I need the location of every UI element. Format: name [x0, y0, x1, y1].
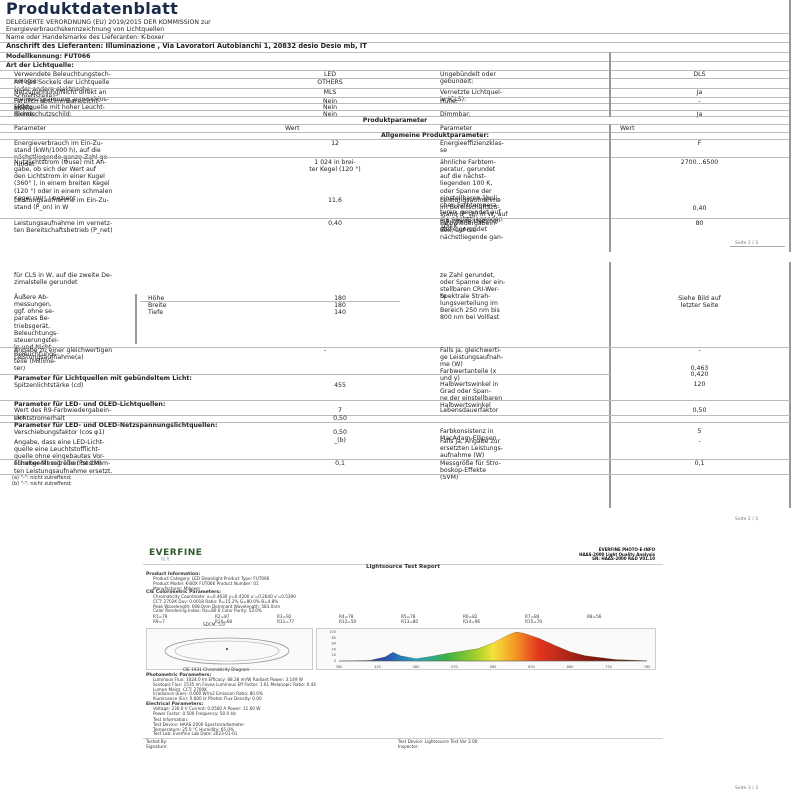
equiv-value-2: - [612, 347, 787, 354]
general-param-value-2: F [612, 140, 787, 147]
general-param-label: Leistungsaufnahme im Ein-Zu- stand (P_on… [14, 197, 264, 211]
svg-text:730: 730 [605, 665, 612, 669]
svg-text:680: 680 [567, 665, 574, 669]
replace-label-2: Falls ja, Angabe zur ersetzten Leistungs… [440, 438, 503, 459]
r-value: R15=70 [525, 620, 542, 625]
page-3: EVERFINE 远方 EVERFINE PHOTO-E-INFO HAAS-2… [0, 524, 795, 795]
beam-value: 120 [612, 381, 787, 388]
general-param-value: 12 [275, 140, 395, 147]
brand-logo-sub: 远方 [161, 557, 171, 562]
light-type-value: OTHERS [300, 79, 360, 86]
r-value: R13=80 [401, 620, 418, 625]
electrical-params: Voltage: 230.0 V Current: 0.0500 A Power… [153, 707, 260, 717]
replace-value-2: - [612, 438, 787, 445]
page-1: Produktdatenblatt DELEGIERTE VERORDNUNG … [0, 0, 795, 262]
equiv-label: Angabe zu einer gleichwertigen Leistungs… [14, 347, 112, 361]
svg-text:530: 530 [451, 665, 458, 669]
pf-label: Verschiebungsfaktor (cos φ1) [14, 429, 105, 436]
stroboscopic-label: Messgröße für Stro- boskop-Effekte (SVM) [440, 460, 501, 481]
svg-text:780: 780 [644, 665, 651, 669]
report-title: Lightsource Test Report [143, 564, 663, 570]
regulation-text: DELEGIERTE VERORDNUNG (EU) 2019/2015 DER… [6, 19, 526, 33]
equiv-label-2: Falls ja, gleichwerti- ge Leistungsaufna… [440, 347, 503, 368]
chromaticity-chart [146, 628, 313, 670]
model-id: Modellkennung: FUT066 [6, 53, 91, 60]
chroma-y: 0,420 [612, 371, 787, 378]
light-type-value: MLS [300, 89, 360, 96]
svg-text:630: 630 [528, 665, 535, 669]
pf-value: 0,50 [320, 429, 360, 436]
survival-value: 0,50 [612, 407, 787, 414]
equiv-value: - [300, 347, 350, 354]
spectral-value: Siehe Bild auf letzter Seite [612, 295, 787, 309]
page-footer: Seite 1 / 3 [735, 241, 758, 246]
dimension-value: 140 [320, 309, 360, 316]
general-param-value: 0,40 [275, 220, 395, 227]
photometric-params: Luminous Flux: 1024.0 lm Efficacy: 88.28… [153, 678, 316, 702]
light-type-value-2: - [612, 98, 787, 105]
flicker-value: 0,1 [320, 460, 360, 467]
replace-value: _(b) [320, 437, 360, 444]
cie-params: Chromaticity Coordinate: x=0.4630 y=0.42… [153, 595, 296, 614]
spectral-label: Spektrale Strah- lungsverteilung im Bere… [440, 293, 610, 322]
general-param-value: 11,6 [275, 197, 395, 204]
light-type-heading: Art der Lichtquelle: [6, 62, 74, 69]
general-param-value-2: 80 [612, 220, 787, 227]
dimension-label: Tiefe [148, 309, 163, 316]
test-report: EVERFINE 远方 EVERFINE PHOTO-E-INFO HAAS-2… [143, 544, 663, 764]
report-id: EVERFINE PHOTO-E-INFO HAAS-2000 Light Qu… [579, 548, 655, 562]
color-consistency-value: 5 [612, 428, 787, 435]
general-param-value-2: 0,40 [612, 205, 787, 212]
r-value: R9=7 [153, 620, 165, 625]
general-param-label-2: Energieeffizienzklas- se [440, 140, 610, 154]
svg-text:20: 20 [332, 653, 336, 657]
svg-text:0: 0 [334, 659, 336, 663]
general-param-label-2: Farbwiedergabein- dex, auf die nächstlie… [440, 220, 610, 241]
svg-text:480: 480 [413, 665, 420, 669]
test-info: Test Information: Test Device: HAAS-2000… [153, 718, 244, 737]
page-2: für CLS in W, auf die zweite De- zimalst… [0, 262, 795, 524]
r9-value: 7 [320, 407, 360, 414]
spectrum-chart: 380430480530580630680730780020406080100 [316, 628, 656, 670]
light-type-value-2: Ja [612, 89, 787, 96]
r-value: R11=77 [277, 620, 294, 625]
light-type-label-2: Hülle: [440, 98, 610, 105]
checker: Test Device: Lightsource Test Ver 2.00 I… [398, 740, 477, 750]
general-param-value: 1 024 in brei- ter Kegel (120 °) [275, 159, 395, 173]
beam-label: Halbwertswinkel in Grad oder Span- ne de… [440, 381, 610, 410]
survival-label: Lebensdauerfaktor [440, 407, 498, 414]
stroboscopic-value: 0,1 [612, 460, 787, 467]
general-param-value-2: 2700...6500 [612, 159, 787, 166]
replace-label: Angabe, dass eine LED-Licht- quelle eine… [14, 439, 264, 475]
footnote-b: (b) "-": nicht zutreffend; [12, 482, 72, 488]
spectrum-plot: 380430480530580630680730780020406080100 [317, 629, 655, 669]
continued-left: für CLS in W, auf die zweite De- zimalst… [14, 272, 264, 286]
document-title: Produktdatenblatt [6, 0, 178, 18]
peak-label: Spitzenlichtstärke (cd) [14, 382, 83, 389]
flicker-label: Flimmer-Messgröße (Pst LM) [14, 460, 101, 467]
svg-text:60: 60 [332, 642, 336, 646]
svg-text:580: 580 [490, 665, 497, 669]
peak-value: 455 [320, 382, 360, 389]
page-footer: Seite 2 / 3 [735, 517, 758, 522]
svg-text:80: 80 [332, 636, 336, 640]
tester: Tested By: Signature: [146, 740, 168, 750]
r-value: R12=59 [339, 620, 356, 625]
polar-label: SDCM: 5.0 [203, 623, 225, 628]
svg-text:380: 380 [336, 665, 343, 669]
page-footer: Seite 3 / 3 [735, 786, 758, 791]
supplier-address: Anschrift des Lieferanten: Illuminazione… [6, 43, 367, 51]
r-value: R8=56 [587, 615, 601, 620]
chromaticity-ellipse-icon [147, 629, 312, 669]
svg-text:430: 430 [374, 665, 381, 669]
svg-text:100: 100 [329, 630, 336, 634]
supplier-name: Name oder Handelsmarke des Lieferanten: … [6, 34, 164, 41]
brand-logo: EVERFINE [149, 548, 202, 558]
r-value: R14=96 [463, 620, 480, 625]
general-param-label: Leistungsaufnahme im vernetz- ten Bereit… [14, 220, 264, 234]
svg-text:40: 40 [332, 647, 336, 651]
